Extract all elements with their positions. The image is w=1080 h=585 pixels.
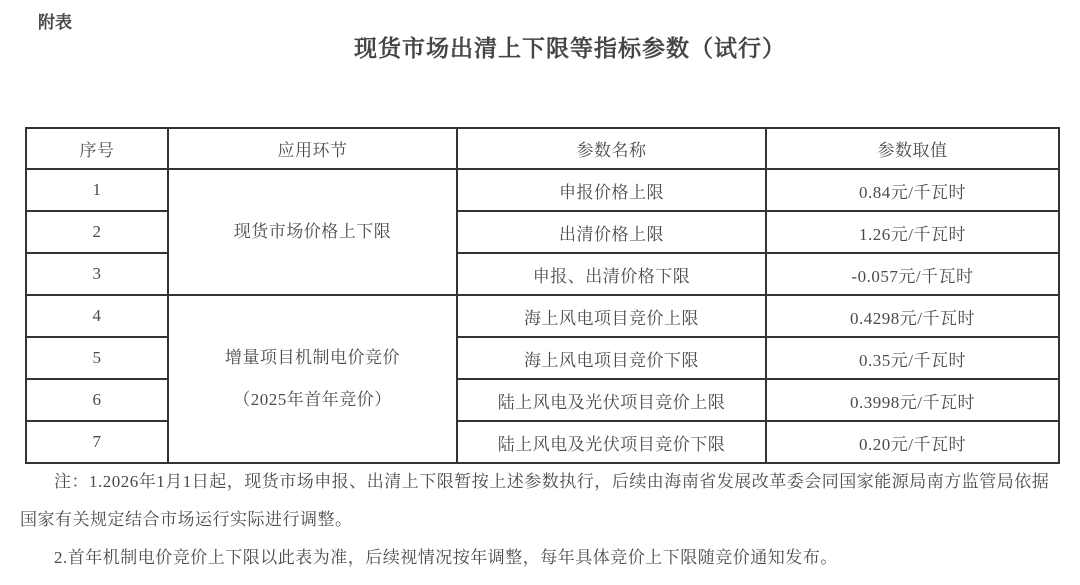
param-name: 海上风电项目竞价下限 <box>457 337 766 379</box>
header-value: 参数取值 <box>766 128 1059 169</box>
parameters-table: 序号 应用环节 参数名称 参数取值 1 现货市场价格上下限 申报价格上限 0.8… <box>25 127 1060 464</box>
footnote-2: 2.首年机制电价竞价上下限以此表为准，后续视情况按年调整，每年具体竞价上下限随竞… <box>20 539 1062 577</box>
param-name: 陆上风电及光伏项目竞价上限 <box>457 379 766 421</box>
header-stage: 应用环节 <box>168 128 457 169</box>
row-no: 7 <box>26 421 168 463</box>
row-no: 2 <box>26 211 168 253</box>
stage-label: 现货市场价格上下限 <box>169 221 456 243</box>
row-no: 5 <box>26 337 168 379</box>
row-no: 4 <box>26 295 168 337</box>
param-value: -0.057元/千瓦时 <box>766 253 1059 295</box>
stage-label: 增量项目机制电价竞价 <box>169 347 456 369</box>
stage-sublabel: （2025年首年竞价） <box>169 389 456 411</box>
param-name: 申报价格上限 <box>457 169 766 211</box>
footnote-1: 注：1.2026年1月1日起，现货市场申报、出清上下限暂按上述参数执行，后续由海… <box>20 463 1062 539</box>
stage-cell-incremental-projects: 增量项目机制电价竞价 （2025年首年竞价） <box>168 295 457 463</box>
param-name: 海上风电项目竞价上限 <box>457 295 766 337</box>
row-no: 6 <box>26 379 168 421</box>
param-name: 申报、出清价格下限 <box>457 253 766 295</box>
table-header-row: 序号 应用环节 参数名称 参数取值 <box>26 128 1059 169</box>
stage-cell-spot-market: 现货市场价格上下限 <box>168 169 457 295</box>
document-title: 现货市场出清上下限等指标参数（试行） <box>30 30 1080 63</box>
row-no: 3 <box>26 253 168 295</box>
table-row: 4 增量项目机制电价竞价 （2025年首年竞价） 海上风电项目竞价上限 0.42… <box>26 295 1059 337</box>
param-value: 0.84元/千瓦时 <box>766 169 1059 211</box>
param-value: 0.20元/千瓦时 <box>766 421 1059 463</box>
param-name: 出清价格上限 <box>457 211 766 253</box>
param-value: 0.3998元/千瓦时 <box>766 379 1059 421</box>
param-name: 陆上风电及光伏项目竞价下限 <box>457 421 766 463</box>
param-value: 0.35元/千瓦时 <box>766 337 1059 379</box>
table-row: 1 现货市场价格上下限 申报价格上限 0.84元/千瓦时 <box>26 169 1059 211</box>
header-no: 序号 <box>26 128 168 169</box>
header-param: 参数名称 <box>457 128 766 169</box>
footnotes: 注：1.2026年1月1日起，现货市场申报、出清上下限暂按上述参数执行，后续由海… <box>20 463 1062 577</box>
row-no: 1 <box>26 169 168 211</box>
param-value: 1.26元/千瓦时 <box>766 211 1059 253</box>
param-value: 0.4298元/千瓦时 <box>766 295 1059 337</box>
